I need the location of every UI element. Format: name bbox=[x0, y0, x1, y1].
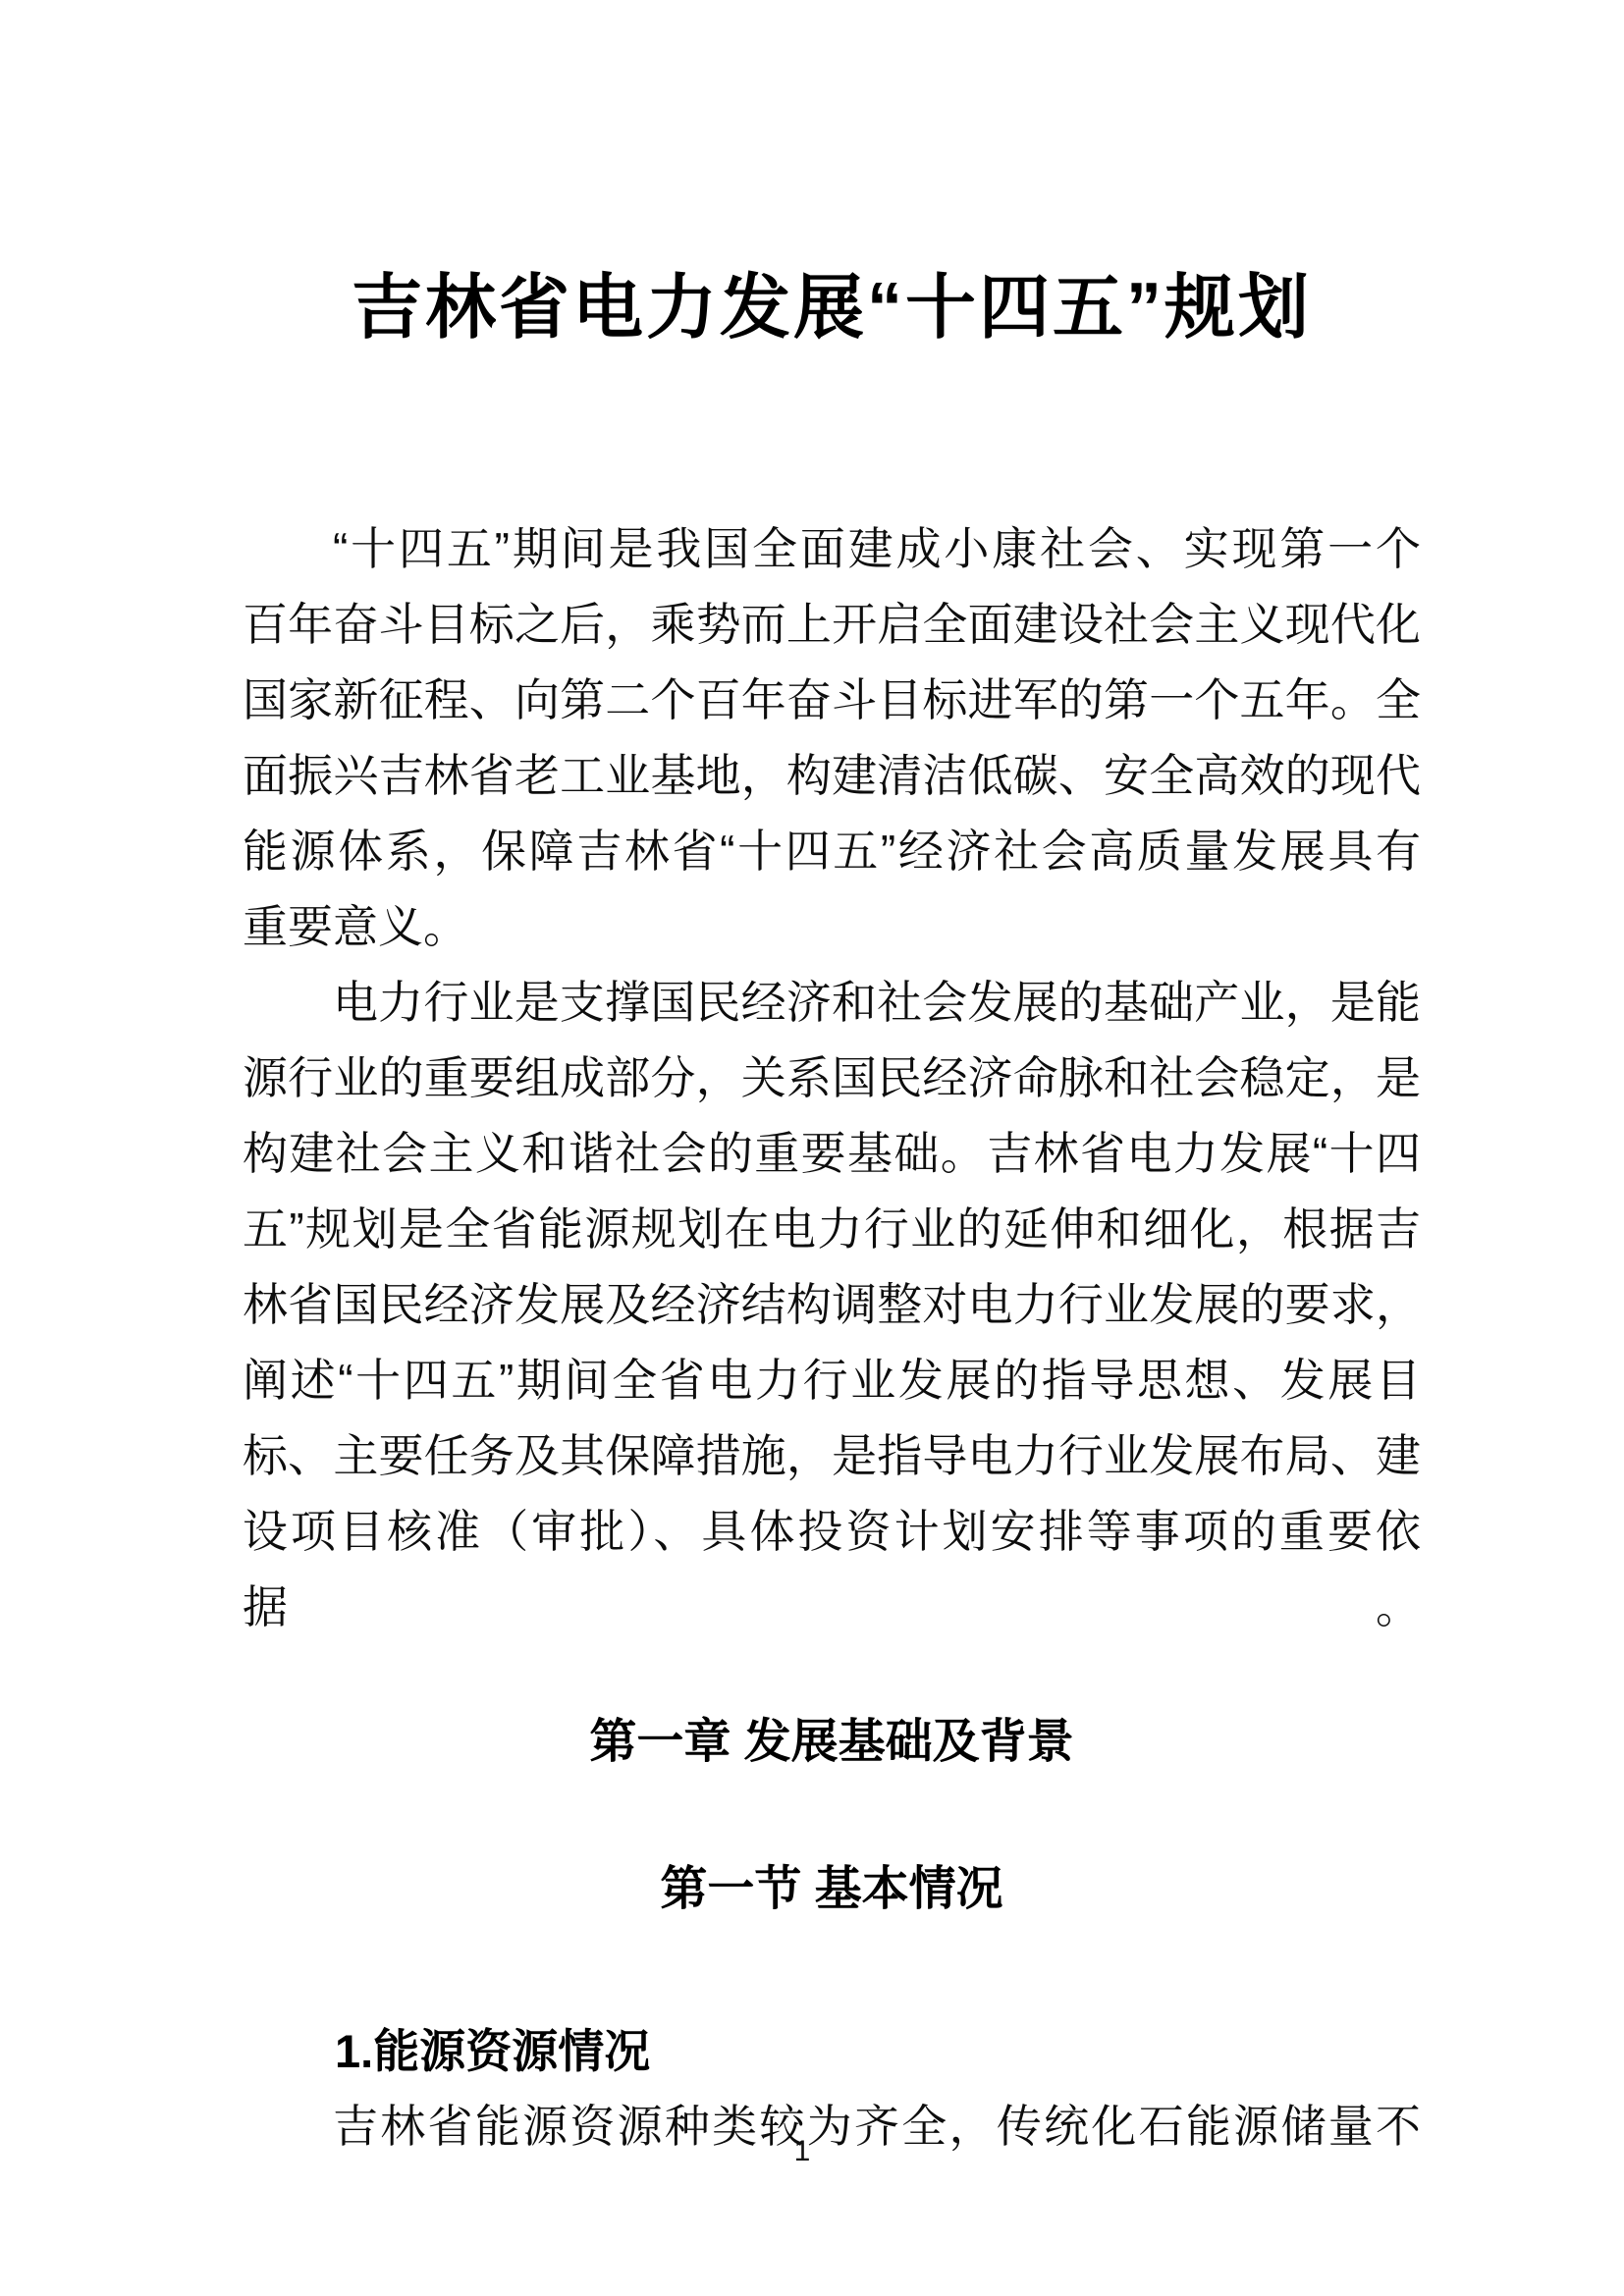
paragraph-line: 源行业的重要组成部分，关系国民经济命脉和社会稳定，是 bbox=[243, 1041, 1421, 1116]
section-heading: 第一节 基本情况 bbox=[243, 1851, 1421, 1927]
paragraph-line: 标、主要任务及其保障措施，是指导电力行业发展布局、建 bbox=[243, 1418, 1421, 1494]
chapter-heading: 第一章 发展基础及背景 bbox=[243, 1704, 1421, 1780]
paragraph-line: 国家新征程、向第二个百年奋斗目标进军的第一个五年。全 bbox=[243, 663, 1421, 738]
document-page: 吉林省电力发展“十四五”规划 “十四五”期间是我国全面建成小康社会、实现第一个 … bbox=[0, 0, 1624, 2296]
page-number: 1 bbox=[0, 2132, 1604, 2171]
paragraph-1: “十四五”期间是我国全面建成小康社会、实现第一个 百年奋斗目标之后，乘势而上开启… bbox=[243, 511, 1421, 965]
paragraph-line: “十四五”期间是我国全面建成小康社会、实现第一个 bbox=[243, 511, 1421, 587]
paragraph-line: 设项目核准（审批）、具体投资计划安排等事项的重要依据。 bbox=[243, 1494, 1421, 1645]
paragraph-line: 百年奋斗目标之后，乘势而上开启全面建设社会主义现代化 bbox=[243, 587, 1421, 663]
paragraph-line: 阐述“十四五”期间全省电力行业发展的指导思想、发展目 bbox=[243, 1343, 1421, 1418]
subsection-heading: 1.能源资源情况 bbox=[243, 2013, 1421, 2089]
paragraph-line: 重要意义。 bbox=[243, 889, 1421, 965]
paragraph-line: 电力行业是支撑国民经济和社会发展的基础产业，是能 bbox=[243, 965, 1421, 1041]
paragraph-2: 电力行业是支撑国民经济和社会发展的基础产业，是能 源行业的重要组成部分，关系国民… bbox=[243, 965, 1421, 1645]
paragraph-line: 能源体系，保障吉林省“十四五”经济社会高质量发展具有 bbox=[243, 814, 1421, 889]
paragraph-line: 面振兴吉林省老工业基地，构建清洁低碳、安全高效的现代 bbox=[243, 738, 1421, 814]
paragraph-line: 林省国民经济发展及经济结构调整对电力行业发展的要求， bbox=[243, 1267, 1421, 1343]
paragraph-line: 构建社会主义和谐社会的重要基础。吉林省电力发展“十四 bbox=[243, 1116, 1421, 1192]
document-title: 吉林省电力发展“十四五”规划 bbox=[243, 259, 1421, 357]
paragraph-line: 五”规划是全省能源规划在电力行业的延伸和细化，根据吉 bbox=[243, 1192, 1421, 1267]
